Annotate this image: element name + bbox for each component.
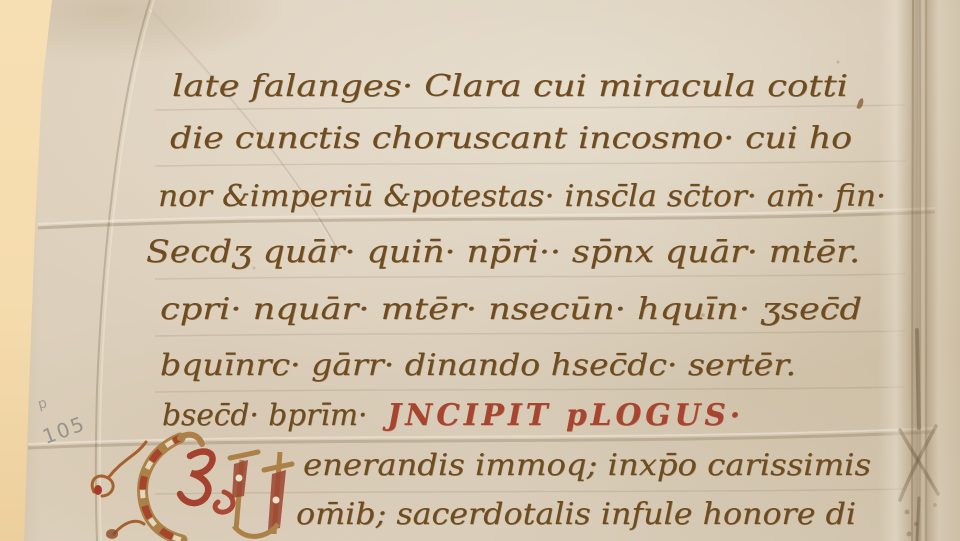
manuscript-page-photo: late falanges· Clara cui miracula cotti … bbox=[0, 0, 960, 541]
line-7-brown-text: bsec̄d· bprīm· bbox=[162, 398, 367, 433]
manuscript-text-line-6: bquīnrc· gārr· dinando hsec̄dc· sertēr. bbox=[160, 343, 736, 389]
rubric-incipit-prologus: JNCIPIT pLOGUS· bbox=[387, 398, 744, 433]
manuscript-text-line-1: late falanges· Clara cui miracula cotti bbox=[172, 64, 745, 110]
manuscript-text-line-9: om̄ib; sacerdotalis infule honore di bbox=[296, 492, 826, 538]
manuscript-text-line-5: cpri· nquār· mtēr· nsecūn· hquīn· ʒsec̄d bbox=[160, 287, 759, 333]
decorated-initial-v: V bbox=[84, 430, 324, 541]
manuscript-text-line-4: Secdʒ quār· quin̄· np̄ri·· sp̄nx quār· m… bbox=[146, 229, 784, 275]
manuscript-text-line-3: nor &imperiū &potestas· insc̄la sc̄tor· … bbox=[158, 174, 855, 220]
manuscript-text-line-8: enerandis immoq; inxp̄o carissimis bbox=[303, 443, 832, 489]
manuscript-text-line-2: die cunctis choruscant incosmo· cui ho bbox=[170, 116, 761, 162]
